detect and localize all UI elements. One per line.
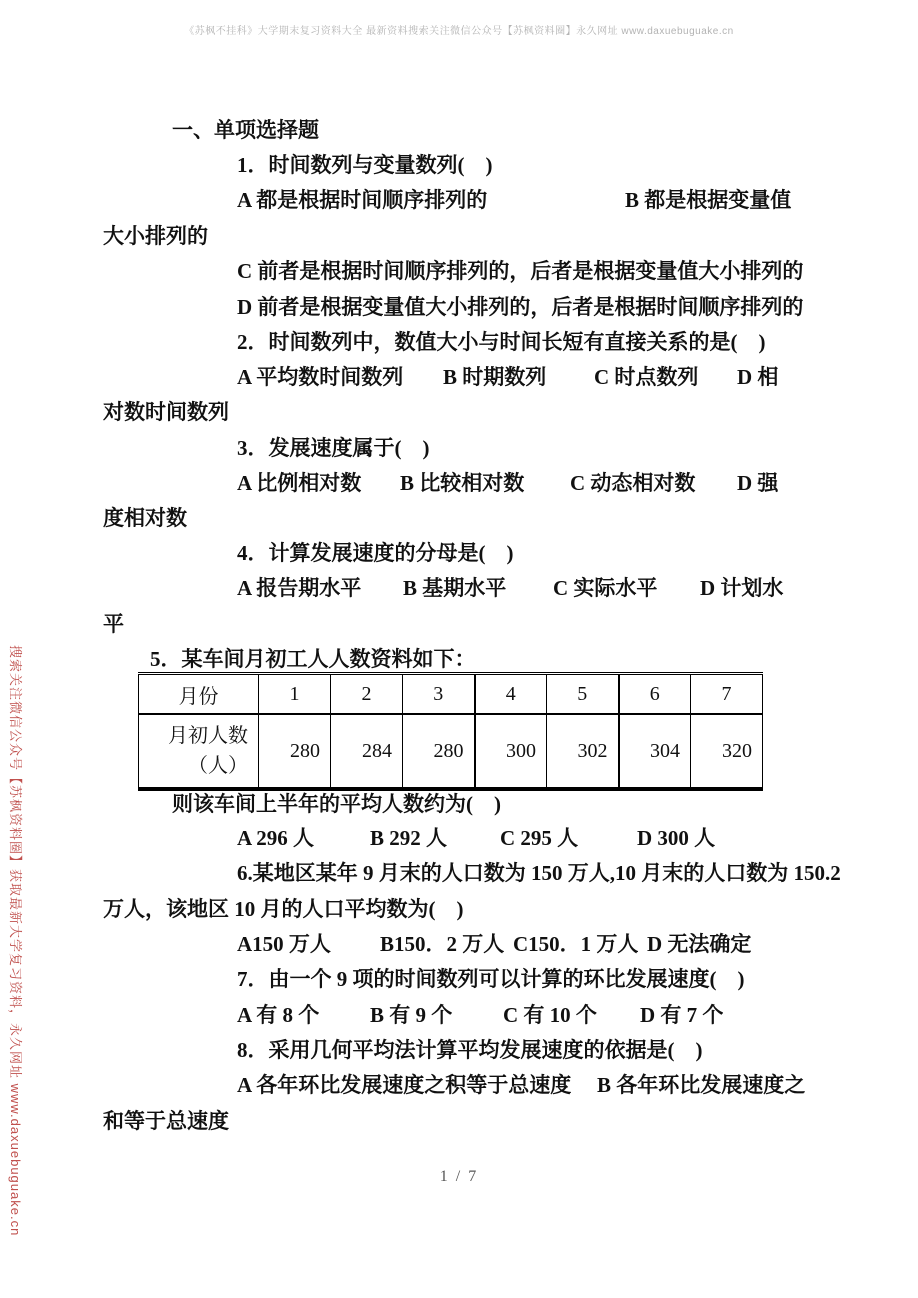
option-b-wrap: 和等于总速度 — [103, 1103, 229, 1139]
question-5-followup-line: 则该车间上半年的平均人数约为( ) — [0, 786, 918, 822]
question-6-stem-line2: 万人，该地区 10 月的人口平均数为( ) — [0, 891, 918, 927]
option-d: D 强 — [737, 465, 778, 501]
table-row-label-line2: （人） — [139, 751, 248, 781]
option-b: B 比较相对数 — [400, 465, 524, 501]
question-2-stem: 2．时间数列中，数值大小与时间长短有直接关系的是( ) — [237, 324, 765, 360]
question-4-stem: 4．计算发展速度的分母是( ) — [237, 535, 514, 571]
question-5-options: A 296 人 B 292 人 C 295 人 D 300 人 — [0, 820, 918, 856]
question-8-option-b-wrap: 和等于总速度 — [0, 1103, 918, 1139]
table-header-1: 1 — [259, 674, 331, 715]
option-d-wrap: 度相对数 — [103, 500, 187, 536]
section-title-line: 一、单项选择题 — [0, 112, 918, 148]
question-3-stem-line: 3．发展速度属于( ) — [0, 430, 918, 466]
option-d: D 300 人 — [637, 820, 715, 856]
table-header-2: 2 — [331, 674, 403, 715]
option-d: D 前者是根据变量值大小排列的，后者是根据时间顺序排列的 — [237, 289, 803, 325]
option-b: B 292 人 — [370, 820, 447, 856]
question-1-option-c-line: C 前者是根据时间顺序排列的，后者是根据变量值大小排列的 — [0, 253, 918, 289]
option-d: D 无法确定 — [647, 926, 751, 962]
question-1-options-ab: A 都是根据时间顺序排列的 B 都是根据变量值 — [0, 182, 918, 218]
question-8-options: A 各年环比发展速度之积等于总速度 B 各年环比发展速度之 — [0, 1067, 918, 1103]
table-cell-6: 304 — [619, 714, 691, 789]
option-b: B 基期水平 — [403, 570, 506, 606]
option-b: B 时期数列 — [443, 359, 546, 395]
option-c: C 实际水平 — [553, 570, 657, 606]
question-3-options: A 比例相对数 B 比较相对数 C 动态相对数 D 强 — [0, 465, 918, 501]
question-4-stem-line: 4．计算发展速度的分母是( ) — [0, 535, 918, 571]
question-8-stem-line: 8．采用几何平均法计算平均发展速度的依据是( ) — [0, 1032, 918, 1068]
question-1-stem-line: 1．时间数列与变量数列( ) — [0, 147, 918, 183]
question-3-stem: 3．发展速度属于( ) — [237, 430, 430, 466]
question-8-stem: 8．采用几何平均法计算平均发展速度的依据是( ) — [237, 1032, 703, 1068]
question-3-option-d-wrap: 度相对数 — [0, 500, 918, 536]
section-title: 一、单项选择题 — [172, 112, 319, 148]
question-6-options: A150 万人 B150．2 万人 C150．1 万人 D 无法确定 — [0, 926, 918, 962]
option-d-wrap: 平 — [103, 606, 124, 642]
option-a: A 都是根据时间顺序排列的 — [237, 182, 487, 218]
question-7-options: A 有 8 个 B 有 9 个 C 有 10 个 D 有 7 个 — [0, 997, 918, 1033]
option-a: A 有 8 个 — [237, 997, 319, 1033]
publisher-header-note: 《苏枫不挂科》大学期末复习资料大全 最新资料搜索关注微信公众号【苏枫资料圈】永久… — [0, 22, 918, 37]
option-d: D 计划水 — [700, 570, 783, 606]
option-a: A 各年环比发展速度之积等于总速度 — [237, 1067, 571, 1103]
option-c: C 时点数列 — [594, 359, 698, 395]
table-cell-2: 284 — [331, 714, 403, 789]
option-c: C 动态相对数 — [570, 465, 695, 501]
option-b: B 各年环比发展速度之 — [597, 1067, 805, 1103]
question-2-option-d-wrap: 对数时间数列 — [0, 394, 918, 430]
table-cell-3: 280 — [403, 714, 475, 789]
table-header-row: 月份 1 2 3 4 5 6 7 — [139, 674, 763, 715]
question-6-stem-part1: 6.某地区某年 9 月末的人口数为 150 万人,10 月末的人口数为 150.… — [237, 855, 841, 891]
table-header-5: 5 — [547, 674, 619, 715]
workers-table: 月份 1 2 3 4 5 6 7 月初人数 （人） 280 284 280 30… — [138, 672, 763, 791]
table-header-6: 6 — [619, 674, 691, 715]
option-c: C150．1 万人 — [513, 926, 638, 962]
table-cell-1: 280 — [259, 714, 331, 789]
option-b: B150．2 万人 — [380, 926, 504, 962]
question-7-stem: 7．由一个 9 项的时间数列可以计算的环比发展速度( ) — [237, 961, 744, 997]
table-header-3: 3 — [403, 674, 475, 715]
option-a: A150 万人 — [237, 926, 331, 962]
table-cell-7: 320 — [691, 714, 763, 789]
question-4-options: A 报告期水平 B 基期水平 C 实际水平 D 计划水 — [0, 570, 918, 606]
table-cell-4: 300 — [475, 714, 547, 789]
question-1-option-d-line: D 前者是根据变量值大小排列的，后者是根据时间顺序排列的 — [0, 289, 918, 325]
question-6-stem-line1: 6.某地区某年 9 月末的人口数为 150 万人,10 月末的人口数为 150.… — [0, 855, 918, 891]
option-a: A 报告期水平 — [237, 570, 361, 606]
question-1-stem: 1．时间数列与变量数列( ) — [237, 147, 493, 183]
page-number: 1 / 7 — [0, 1168, 918, 1186]
table-row-label-line1: 月初人数 — [139, 721, 248, 751]
option-a: A 平均数时间数列 — [237, 359, 403, 395]
table-header-4: 4 — [475, 674, 547, 715]
option-c: C 前者是根据时间顺序排列的，后者是根据变量值大小排列的 — [237, 253, 803, 289]
table-row-label: 月初人数 （人） — [139, 714, 259, 789]
option-d: D 相 — [737, 359, 778, 395]
table-cell-5: 302 — [547, 714, 619, 789]
option-d-wrap: 对数时间数列 — [103, 394, 229, 430]
option-d: D 有 7 个 — [640, 997, 723, 1033]
table-data-row: 月初人数 （人） 280 284 280 300 302 304 320 — [139, 714, 763, 789]
option-a: A 比例相对数 — [237, 465, 361, 501]
question-4-option-d-wrap: 平 — [0, 606, 918, 642]
question-6-stem-part2: 万人，该地区 10 月的人口平均数为( ) — [103, 891, 464, 927]
option-b: B 有 9 个 — [370, 997, 452, 1033]
table-header-7: 7 — [691, 674, 763, 715]
option-b: B 都是根据变量值 — [625, 182, 791, 218]
option-a: A 296 人 — [237, 820, 314, 856]
table-header-month: 月份 — [139, 674, 259, 715]
option-b-wrap: 大小排列的 — [103, 218, 208, 254]
option-c: C 295 人 — [500, 820, 578, 856]
question-7-stem-line: 7．由一个 9 项的时间数列可以计算的环比发展速度( ) — [0, 961, 918, 997]
question-2-options: A 平均数时间数列 B 时期数列 C 时点数列 D 相 — [0, 359, 918, 395]
question-2-stem-line: 2．时间数列中，数值大小与时间长短有直接关系的是( ) — [0, 324, 918, 360]
option-c: C 有 10 个 — [503, 997, 597, 1033]
question-1-option-b-wrap: 大小排列的 — [0, 218, 918, 254]
question-5-followup: 则该车间上半年的平均人数约为( ) — [172, 786, 501, 822]
